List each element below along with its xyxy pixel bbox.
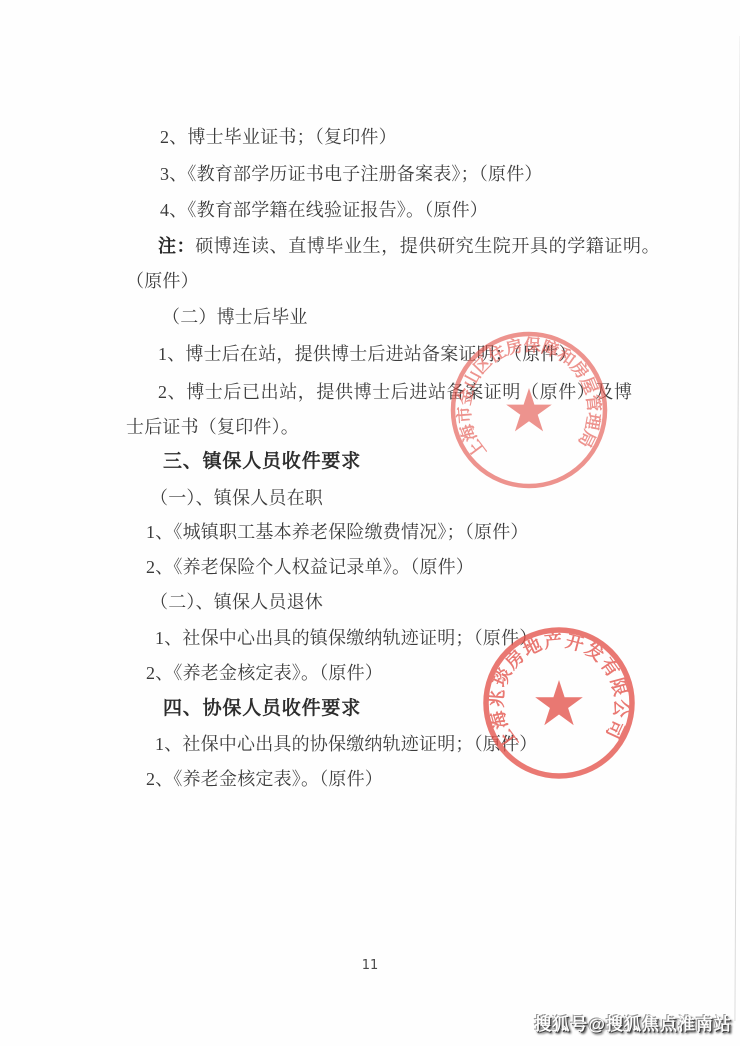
doc-line: 1、社保中心出具的镇保缴纳轨迹证明；（原件） (155, 629, 537, 648)
doc-line: 3、《教育部学历证书电子注册备案表》；（原件） (160, 165, 543, 184)
doc-line: 1、社保中心出具的协保缴纳轨迹证明；（原件） (155, 735, 537, 754)
souhu-watermark: 搜狐号@搜狐焦点淮南站 (534, 1010, 732, 1035)
doc-line-text: 2、《养老金核定表》。（原件） (146, 663, 383, 683)
doc-line-text: 1、社保中心出具的协保缴纳轨迹证明；（原件） (155, 734, 537, 754)
doc-line: 4、《教育部学籍在线验证报告》。（原件） (160, 201, 488, 220)
doc-line: 2、《养老保险个人权益记录单》。（原件） (146, 558, 474, 577)
doc-line-text: （二）、镇保人员退休 (150, 592, 323, 612)
doc-line-text: 1、《城镇职工基本养老保险缴费情况》；（原件） (146, 522, 529, 542)
doc-line: 1、《城镇职工基本养老保险缴费情况》；（原件） (146, 523, 529, 542)
doc-line-text: （二）博士后毕业 (162, 307, 308, 327)
doc-line: 2、《养老金核定表》。（原件） (146, 770, 383, 789)
doc-line: （一）、镇保人员在职 (150, 489, 323, 508)
doc-line-text: 2、博士毕业证书；（复印件） (160, 127, 397, 147)
doc-line-text: 注： (158, 236, 195, 256)
doc-line: （原件） (126, 272, 199, 291)
doc-line-text: 2、博士后已出站，提供博士后进站备案证明（原件）及博 (158, 382, 633, 402)
doc-heading: 三、镇保人员收件要求 (163, 452, 361, 471)
document-page: 2、博士毕业证书；（复印件）3、《教育部学历证书电子注册备案表》；（原件）4、《… (0, 0, 740, 1046)
doc-line: 士后证书（复印件）。 (126, 418, 299, 437)
doc-line-text: 三、镇保人员收件要求 (163, 451, 361, 472)
doc-lines: 2、博士毕业证书；（复印件）3、《教育部学历证书电子注册备案表》；（原件）4、《… (0, 0, 740, 1046)
doc-line-text: （一）、镇保人员在职 (150, 488, 323, 508)
doc-line-text: 3、《教育部学历证书电子注册备案表》；（原件） (160, 164, 543, 184)
doc-line-text: 四、协保人员收件要求 (163, 698, 361, 719)
doc-line-text: 2、《养老保险个人权益记录单》。（原件） (146, 557, 474, 577)
doc-line-text: 硕博连读、直博毕业生，提供研究生院开具的学籍证明。 (195, 236, 660, 256)
doc-line-text: 2、《养老金核定表》。（原件） (146, 769, 383, 789)
doc-line: 2、博士后已出站，提供博士后进站备案证明（原件）及博 (158, 383, 633, 402)
doc-line-text: 1、社保中心出具的镇保缴纳轨迹证明；（原件） (155, 628, 537, 648)
doc-line-text: （原件） (126, 271, 199, 291)
doc-line: （二）、镇保人员退休 (150, 593, 323, 612)
doc-line: 注：硕博连读、直博毕业生，提供研究生院开具的学籍证明。 (158, 237, 660, 256)
doc-line-text: 1、博士后在站，提供博士后进站备案证明；（原件） (158, 344, 577, 364)
page-number: 11 (0, 958, 740, 973)
doc-line-text: 4、《教育部学籍在线验证报告》。（原件） (160, 200, 488, 220)
doc-line: 2、博士毕业证书；（复印件） (160, 128, 397, 147)
doc-line: （二）博士后毕业 (162, 308, 308, 327)
doc-heading: 四、协保人员收件要求 (163, 699, 361, 718)
doc-line: 1、博士后在站，提供博士后进站备案证明；（原件） (158, 345, 577, 364)
doc-line: 2、《养老金核定表》。（原件） (146, 664, 383, 683)
doc-line-text: 士后证书（复印件）。 (126, 417, 299, 437)
